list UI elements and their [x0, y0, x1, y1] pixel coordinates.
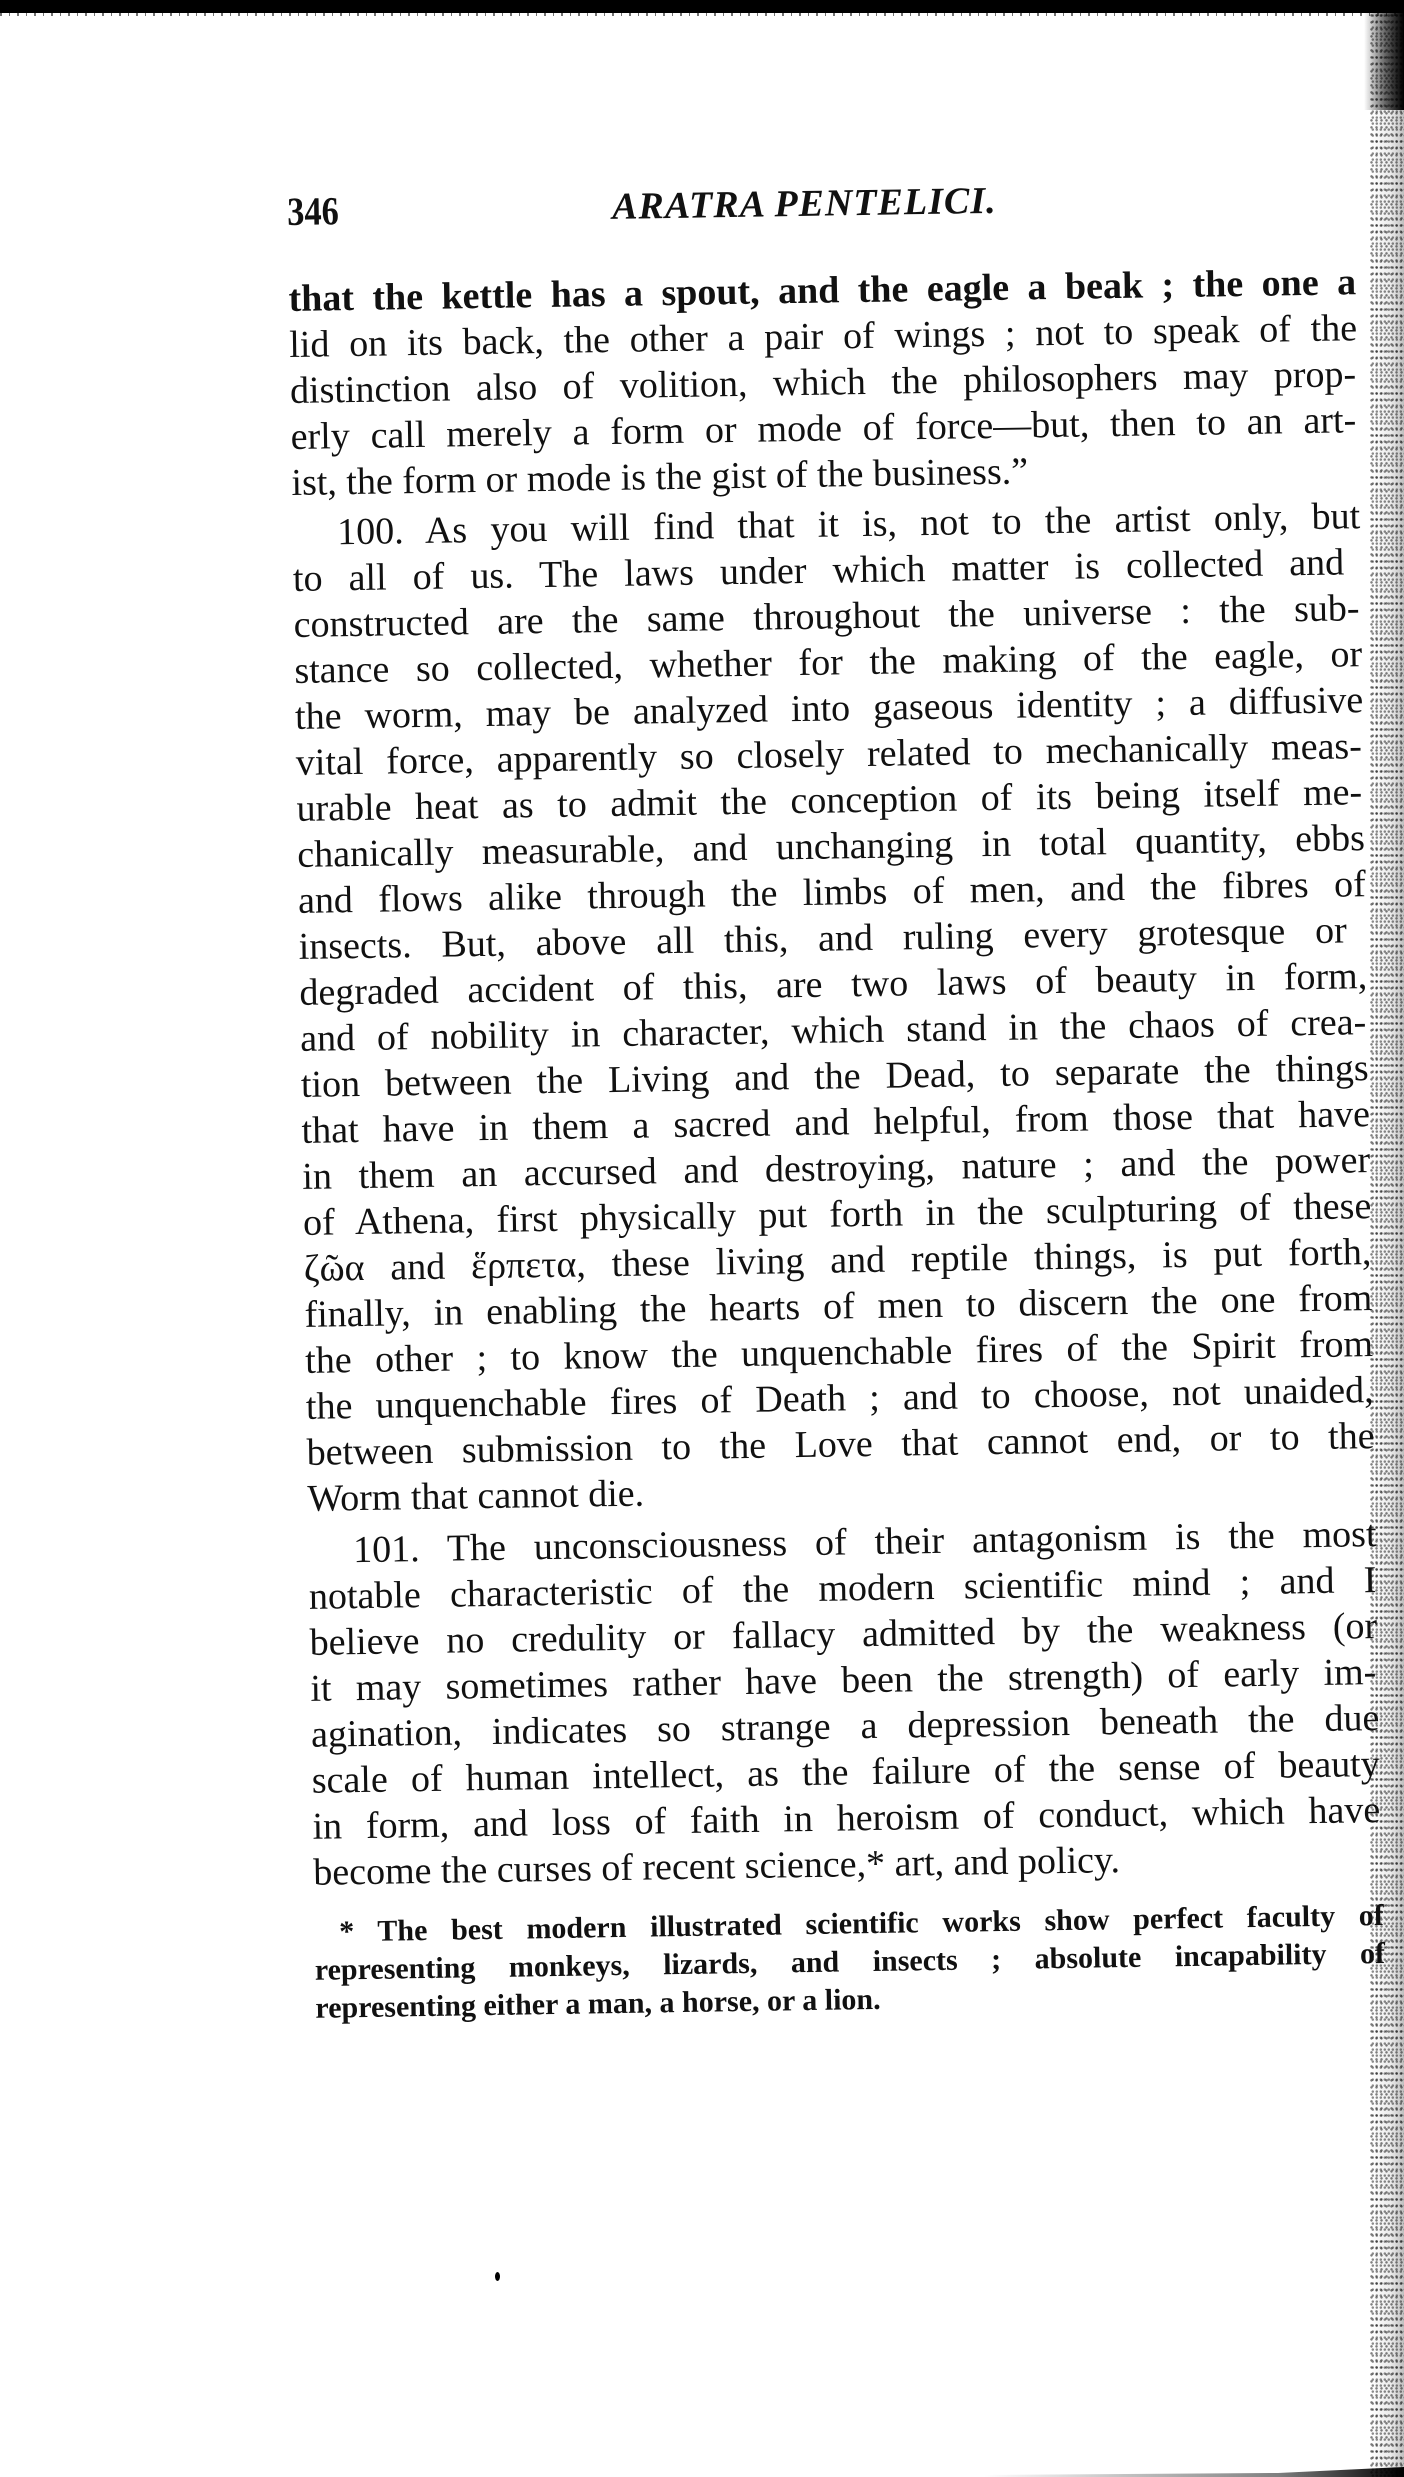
running-head: 346 ARATRA PENTELICI. — [0, 0, 1401, 5]
text-line-last: Worm that cannot die. — [307, 1471, 644, 1522]
page-number: 346 — [287, 191, 339, 232]
footnote-line-last: representing either a man, a horse, or a… — [315, 1981, 881, 2028]
book-page: 346 ARATRA PENTELICI. that the kettle ha… — [0, 0, 1404, 2477]
scan-bottom-edge — [984, 2467, 1404, 2477]
running-title: ARATRA PENTELICI. — [612, 181, 1018, 227]
